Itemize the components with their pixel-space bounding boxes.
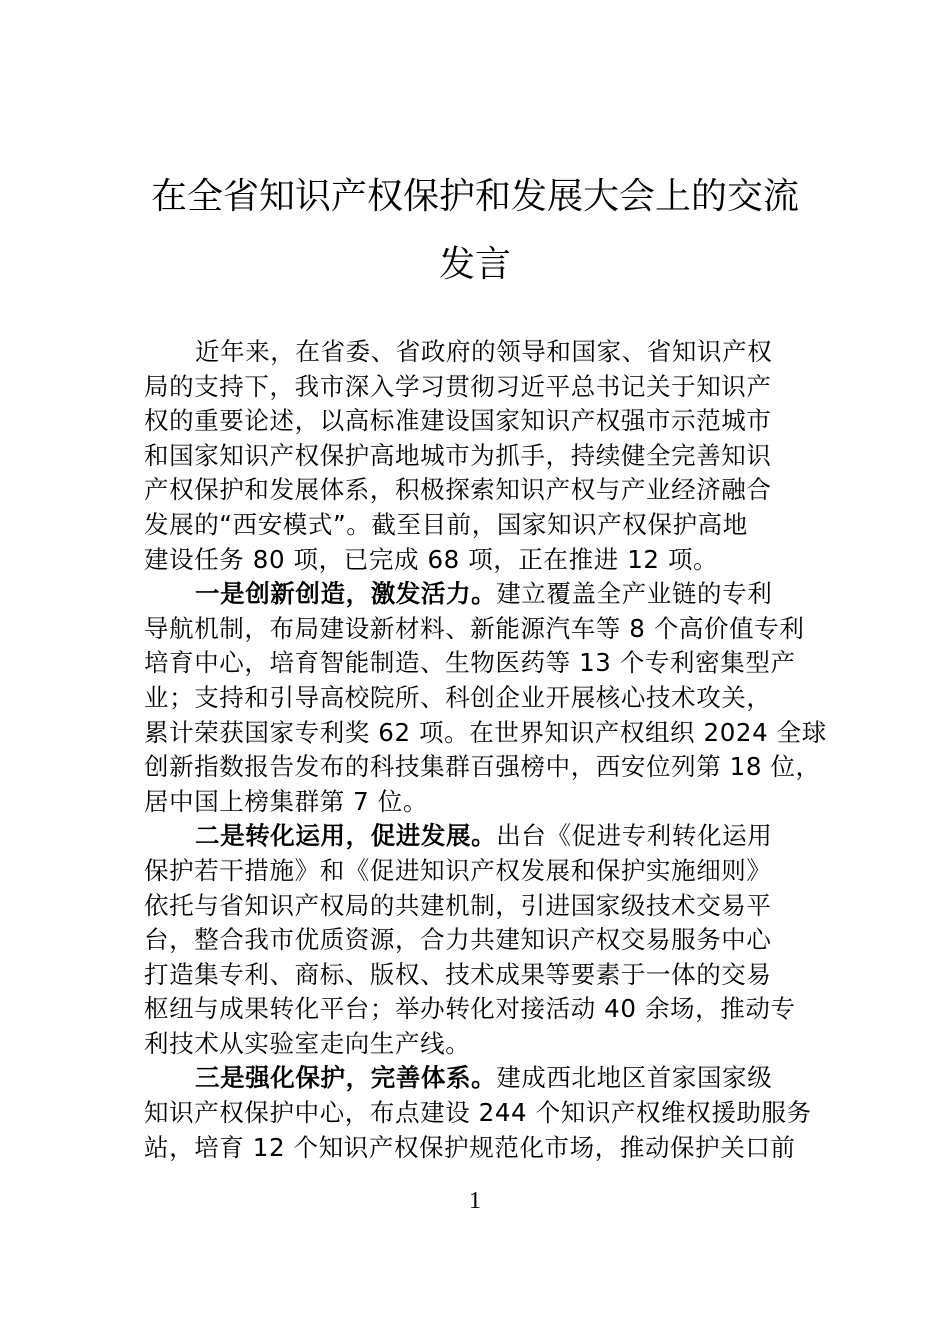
paragraph-line: 产权保护和发展体系，积极探索知识产权与产业经济融合: [144, 473, 844, 508]
paragraph-line: 打造集专利、商标、版权、技术成果等要素于一体的交易: [144, 958, 844, 993]
paragraph-line: 建设任务 80 项，已完成 68 项，正在推进 12 项。: [144, 543, 844, 578]
paragraph-line: 培育中心，培育智能制造、生物医药等 13 个专利密集型产: [144, 646, 844, 681]
paragraph-line: 导航机制，布局建设新材料、新能源汽车等 8 个高价值专利: [144, 612, 844, 647]
paragraph-text: 建立覆盖全产业链的专利: [496, 579, 772, 608]
paragraph-line: 站，培育 12 个知识产权保护规范化市场，推动保护关口前: [144, 1131, 844, 1166]
paragraph-protection: 三是强化保护，完善体系。建成西北地区首家国家级 知识产权保护中心，布点建设 24…: [144, 1061, 844, 1165]
paragraph-line: 居中国上榜集群第 7 位。: [144, 785, 844, 820]
paragraph-line: 和国家知识产权保护高地城市为抓手，持续健全完善知识: [144, 439, 844, 474]
paragraph-line: 依托与省知识产权局的共建机制，引进国家级技术交易平: [144, 889, 844, 924]
paragraph-line: 保护若干措施》和《促进知识产权发展和保护实施细则》: [144, 854, 844, 889]
paragraph-transformation: 二是转化运用，促进发展。出台《促进专利转化运用 保护若干措施》和《促进知识产权发…: [144, 819, 844, 1061]
title-line-1: 在全省知识产权保护和发展大会上的交流: [0, 163, 950, 231]
paragraph-line: 枢纽与成果转化平台；举办转化对接活动 40 余场，推动专: [144, 992, 844, 1027]
paragraph-line: 发展的“西安模式”。截至目前，国家知识产权保护高地: [144, 508, 844, 543]
paragraph-line: 累计荣获国家专利奖 62 项。在世界知识产权组织 2024 全球: [144, 716, 844, 751]
section-heading: 一是创新创造，激发活力。: [195, 579, 496, 608]
paragraph-text: 建成西北地区首家国家级: [496, 1063, 772, 1092]
document-body: 近年来，在省委、省政府的领导和国家、省知识产权 局的支持下，我市深入学习贯彻习近…: [144, 335, 844, 1165]
paragraph-line: 权的重要论述，以高标准建设国家知识产权强市示范城市: [144, 404, 844, 439]
paragraph-line: 近年来，在省委、省政府的领导和国家、省知识产权: [144, 335, 844, 370]
paragraph-intro: 近年来，在省委、省政府的领导和国家、省知识产权 局的支持下，我市深入学习贯彻习近…: [144, 335, 844, 577]
paragraph-text: 出台《促进专利转化运用: [496, 821, 772, 850]
paragraph-line: 业；支持和引导高校院所、科创企业开展核心技术攻关，: [144, 681, 844, 716]
document-page: 在全省知识产权保护和发展大会上的交流 发言 近年来，在省委、省政府的领导和国家、…: [0, 0, 950, 1344]
page-number: 1: [0, 1188, 950, 1215]
paragraph-line: 创新指数报告发布的科技集群百强榜中，西安位列第 18 位，: [144, 750, 844, 785]
section-heading: 三是强化保护，完善体系。: [195, 1063, 496, 1092]
section-heading: 二是转化运用，促进发展。: [195, 821, 496, 850]
paragraph-line: 利技术从实验室走向生产线。: [144, 1027, 844, 1062]
paragraph-line: 一是创新创造，激发活力。建立覆盖全产业链的专利: [144, 577, 844, 612]
title-line-2: 发言: [0, 231, 950, 299]
document-title: 在全省知识产权保护和发展大会上的交流 发言: [0, 163, 950, 299]
paragraph-line: 局的支持下，我市深入学习贯彻习近平总书记关于知识产: [144, 370, 844, 405]
paragraph-line: 二是转化运用，促进发展。出台《促进专利转化运用: [144, 819, 844, 854]
paragraph-line: 台，整合我市优质资源，合力共建知识产权交易服务中心: [144, 923, 844, 958]
paragraph-line: 三是强化保护，完善体系。建成西北地区首家国家级: [144, 1061, 844, 1096]
paragraph-line: 知识产权保护中心，布点建设 244 个知识产权维权援助服务: [144, 1096, 844, 1131]
paragraph-innovation: 一是创新创造，激发活力。建立覆盖全产业链的专利 导航机制，布局建设新材料、新能源…: [144, 577, 844, 819]
